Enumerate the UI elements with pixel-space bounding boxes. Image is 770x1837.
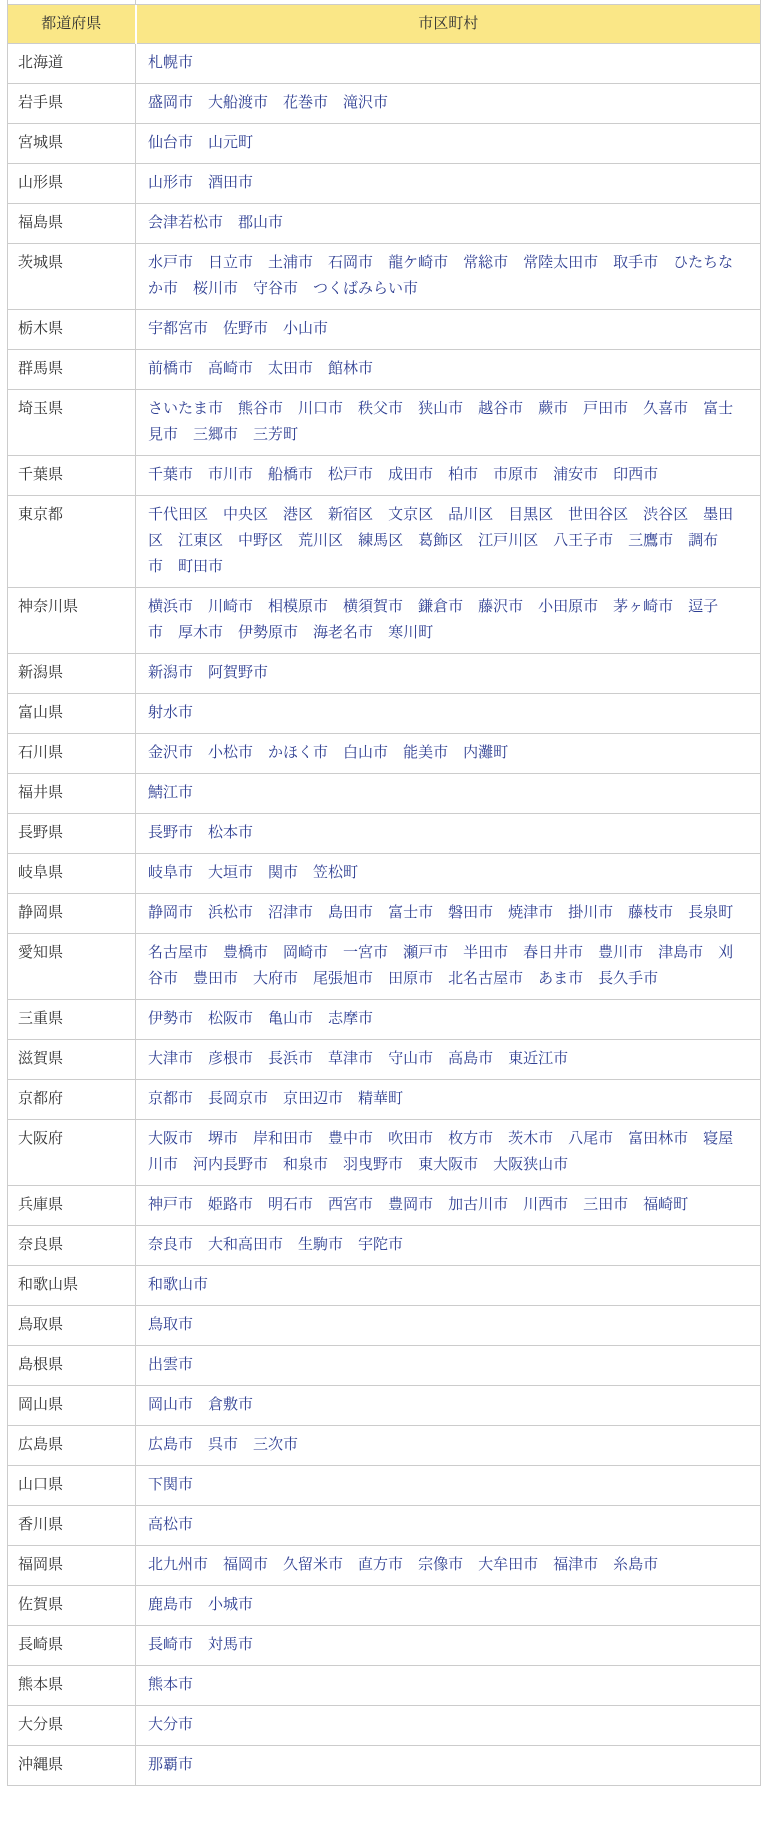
city-link[interactable]: 大和高田市 bbox=[208, 1236, 283, 1253]
city-link[interactable]: 豊川市 bbox=[598, 944, 643, 961]
prefecture-cell: 大分県 bbox=[8, 1706, 136, 1746]
cities-cell: 札幌市 bbox=[136, 44, 761, 84]
city-link[interactable]: 長岡京市 bbox=[208, 1090, 268, 1107]
cities-cell: 大分市 bbox=[136, 1706, 761, 1746]
cities-cell: 会津若松市郡山市 bbox=[136, 204, 761, 244]
city-link[interactable]: 枚方市 bbox=[448, 1130, 493, 1147]
cities-cell: 金沢市小松市かほく市白山市能美市内灘町 bbox=[136, 734, 761, 774]
city-link[interactable]: 長崎市 bbox=[148, 1636, 193, 1653]
prefecture-cell: 沖縄県 bbox=[8, 1746, 136, 1786]
city-link[interactable]: 姫路市 bbox=[208, 1196, 253, 1213]
city-link[interactable]: 東近江市 bbox=[508, 1050, 568, 1067]
city-link[interactable]: 川西市 bbox=[523, 1196, 568, 1213]
table-row: 広島県広島市呉市三次市 bbox=[8, 1426, 760, 1466]
table-row: 大分県大分市 bbox=[8, 1706, 760, 1746]
table-row: 新潟県新潟市阿賀野市 bbox=[8, 654, 760, 694]
city-link[interactable]: 掛川市 bbox=[568, 904, 613, 921]
prefecture-cell: 長野県 bbox=[8, 814, 136, 854]
city-link[interactable]: 中野区 bbox=[238, 532, 283, 549]
city-link[interactable]: 大船渡市 bbox=[208, 94, 268, 111]
cities-cell: 出雲市 bbox=[136, 1346, 761, 1386]
city-link[interactable]: 草津市 bbox=[328, 1050, 373, 1067]
prefecture-cell: 宮城県 bbox=[8, 124, 136, 164]
city-link[interactable]: 倉敷市 bbox=[208, 1396, 253, 1413]
table-row: 福島県会津若松市郡山市 bbox=[8, 204, 760, 244]
city-link[interactable]: あま市 bbox=[538, 970, 583, 987]
city-link[interactable]: 鹿島市 bbox=[148, 1596, 193, 1613]
city-link[interactable]: 亀山市 bbox=[268, 1010, 313, 1027]
cities-cell: 北九州市福岡市久留米市直方市宗像市大牟田市福津市糸島市 bbox=[136, 1546, 761, 1586]
city-link[interactable]: 相模原市 bbox=[268, 598, 328, 615]
city-link[interactable]: 対馬市 bbox=[208, 1636, 253, 1653]
table-row: 山形県山形市酒田市 bbox=[8, 164, 760, 204]
city-link[interactable]: 豊中市 bbox=[328, 1130, 373, 1147]
city-link[interactable]: 船橋市 bbox=[268, 466, 313, 483]
city-link[interactable]: かほく市 bbox=[268, 744, 328, 761]
city-link[interactable]: 海老名市 bbox=[313, 624, 373, 641]
city-link[interactable]: 熊本市 bbox=[148, 1676, 193, 1693]
city-link[interactable]: 焼津市 bbox=[508, 904, 553, 921]
city-link[interactable]: 中央区 bbox=[223, 506, 268, 523]
prefecture-cell: 石川県 bbox=[8, 734, 136, 774]
city-link[interactable]: 印西市 bbox=[613, 466, 658, 483]
city-link[interactable]: 山元町 bbox=[208, 134, 253, 151]
city-link[interactable]: 藤沢市 bbox=[478, 598, 523, 615]
city-link[interactable]: 豊田市 bbox=[193, 970, 238, 987]
cities-cell: 岐阜市大垣市関市笠松町 bbox=[136, 854, 761, 894]
city-link[interactable]: 島田市 bbox=[328, 904, 373, 921]
city-link[interactable]: 前橋市 bbox=[148, 360, 193, 377]
table-row: 石川県金沢市小松市かほく市白山市能美市内灘町 bbox=[8, 734, 760, 774]
city-link[interactable]: 太田市 bbox=[268, 360, 313, 377]
table-row: 岩手県盛岡市大船渡市花巻市滝沢市 bbox=[8, 84, 760, 124]
cities-cell: 前橋市高崎市太田市館林市 bbox=[136, 350, 761, 390]
city-link[interactable]: 京田辺市 bbox=[283, 1090, 343, 1107]
city-link[interactable]: 明石市 bbox=[268, 1196, 313, 1213]
city-link[interactable]: 羽曳野市 bbox=[343, 1156, 403, 1173]
city-link[interactable]: 東大阪市 bbox=[418, 1156, 478, 1173]
cities-cell: 千代田区中央区港区新宿区文京区品川区目黒区世田谷区渋谷区墨田区江東区中野区荒川区… bbox=[136, 496, 761, 588]
city-link[interactable]: 豊橋市 bbox=[223, 944, 268, 961]
city-link[interactable]: 岐阜市 bbox=[148, 864, 193, 881]
prefecture-city-table-wrap: 都道府県 市区町村 北海道札幌市岩手県盛岡市大船渡市花巻市滝沢市宮城県仙台市山元… bbox=[7, 0, 761, 1786]
city-link[interactable]: 浜松市 bbox=[208, 904, 253, 921]
table-row: 佐賀県鹿島市小城市 bbox=[8, 1586, 760, 1626]
table-row: 東京都千代田区中央区港区新宿区文京区品川区目黒区世田谷区渋谷区墨田区江東区中野区… bbox=[8, 496, 760, 588]
cities-cell: 新潟市阿賀野市 bbox=[136, 654, 761, 694]
city-link[interactable]: 越谷市 bbox=[478, 400, 523, 417]
prefecture-cell: 兵庫県 bbox=[8, 1186, 136, 1226]
prefecture-cell: 京都府 bbox=[8, 1080, 136, 1120]
city-link[interactable]: 葛飾区 bbox=[418, 532, 463, 549]
city-link[interactable]: 鎌倉市 bbox=[418, 598, 463, 615]
city-link[interactable]: 福津市 bbox=[553, 1556, 598, 1573]
city-link[interactable]: 厚木市 bbox=[178, 624, 223, 641]
city-link[interactable]: 名古屋市 bbox=[148, 944, 208, 961]
table-row: 富山県射水市 bbox=[8, 694, 760, 734]
city-link[interactable]: 大分市 bbox=[148, 1716, 193, 1733]
city-link[interactable]: 笠松町 bbox=[313, 864, 358, 881]
city-link[interactable]: 富田林市 bbox=[628, 1130, 688, 1147]
cities-cell: 大阪市堺市岸和田市豊中市吹田市枚方市茨木市八尾市富田林市寝屋川市河内長野市和泉市… bbox=[136, 1120, 761, 1186]
city-link[interactable]: 奈良市 bbox=[148, 1236, 193, 1253]
city-link[interactable]: 静岡市 bbox=[148, 904, 193, 921]
table-row: 福岡県北九州市福岡市久留米市直方市宗像市大牟田市福津市糸島市 bbox=[8, 1546, 760, 1586]
prefecture-city-table: 都道府県 市区町村 北海道札幌市岩手県盛岡市大船渡市花巻市滝沢市宮城県仙台市山元… bbox=[8, 5, 760, 1786]
city-link[interactable]: 鳥取市 bbox=[148, 1316, 193, 1333]
city-link[interactable]: 長野市 bbox=[148, 824, 193, 841]
city-link[interactable]: 龍ケ崎市 bbox=[388, 254, 448, 271]
city-link[interactable]: 郡山市 bbox=[238, 214, 283, 231]
cities-cell: 射水市 bbox=[136, 694, 761, 734]
city-link[interactable]: 能美市 bbox=[403, 744, 448, 761]
city-link[interactable]: 下関市 bbox=[148, 1476, 193, 1493]
city-link[interactable]: 小城市 bbox=[208, 1596, 253, 1613]
table-row: 北海道札幌市 bbox=[8, 44, 760, 84]
city-link[interactable]: 大阪市 bbox=[148, 1130, 193, 1147]
prefecture-cell: 愛知県 bbox=[8, 934, 136, 1000]
city-link[interactable]: 津島市 bbox=[658, 944, 703, 961]
city-link[interactable]: 河内長野市 bbox=[193, 1156, 268, 1173]
city-link[interactable]: 久留米市 bbox=[283, 1556, 343, 1573]
cities-cell: 那覇市 bbox=[136, 1746, 761, 1786]
city-link[interactable]: 鯖江市 bbox=[148, 784, 193, 801]
cities-cell: 鳥取市 bbox=[136, 1306, 761, 1346]
city-link[interactable]: 戸田市 bbox=[583, 400, 628, 417]
table-row: 奈良県奈良市大和高田市生駒市宇陀市 bbox=[8, 1226, 760, 1266]
previous-row-sliver bbox=[8, 0, 760, 5]
city-link[interactable]: 伊勢市 bbox=[148, 1010, 193, 1027]
cities-cell: 京都市長岡京市京田辺市精華町 bbox=[136, 1080, 761, 1120]
table-row: 鳥取県鳥取市 bbox=[8, 1306, 760, 1346]
city-link[interactable]: 狭山市 bbox=[418, 400, 463, 417]
city-link[interactable]: 文京区 bbox=[388, 506, 433, 523]
cities-cell: 広島市呉市三次市 bbox=[136, 1426, 761, 1466]
prefecture-cell: 和歌山県 bbox=[8, 1266, 136, 1306]
table-row: 島根県出雲市 bbox=[8, 1346, 760, 1386]
city-link[interactable]: 盛岡市 bbox=[148, 94, 193, 111]
city-link[interactable]: 蕨市 bbox=[538, 400, 568, 417]
table-row: 栃木県宇都宮市佐野市小山市 bbox=[8, 310, 760, 350]
prefecture-cell: 鳥取県 bbox=[8, 1306, 136, 1346]
city-link[interactable]: 土浦市 bbox=[268, 254, 313, 271]
cities-cell: 大津市彦根市長浜市草津市守山市高島市東近江市 bbox=[136, 1040, 761, 1080]
city-link[interactable]: 川口市 bbox=[298, 400, 343, 417]
table-row: 埼玉県さいたま市熊谷市川口市秩父市狭山市越谷市蕨市戸田市久喜市富士見市三郷市三芳… bbox=[8, 390, 760, 456]
city-link[interactable]: つくばみらい市 bbox=[313, 280, 418, 297]
city-link[interactable]: 札幌市 bbox=[148, 54, 193, 71]
city-link[interactable]: 品川区 bbox=[448, 506, 493, 523]
table-row: 大阪府大阪市堺市岸和田市豊中市吹田市枚方市茨木市八尾市富田林市寝屋川市河内長野市… bbox=[8, 1120, 760, 1186]
table-row: 長崎県長崎市対馬市 bbox=[8, 1626, 760, 1666]
city-link[interactable]: 金沢市 bbox=[148, 744, 193, 761]
city-link[interactable]: 内灘町 bbox=[463, 744, 508, 761]
cities-cell: 岡山市倉敷市 bbox=[136, 1386, 761, 1426]
city-link[interactable]: 那覇市 bbox=[148, 1756, 193, 1773]
city-link[interactable]: 吹田市 bbox=[388, 1130, 433, 1147]
city-link[interactable]: さいたま市 bbox=[148, 400, 223, 417]
city-link[interactable]: 松戸市 bbox=[328, 466, 373, 483]
table-row: 京都府京都市長岡京市京田辺市精華町 bbox=[8, 1080, 760, 1120]
city-link[interactable]: 白山市 bbox=[343, 744, 388, 761]
cities-cell: 下関市 bbox=[136, 1466, 761, 1506]
prefecture-cell: 群馬県 bbox=[8, 350, 136, 390]
city-link[interactable]: 日立市 bbox=[208, 254, 253, 271]
city-link[interactable]: 高松市 bbox=[148, 1516, 193, 1533]
header-row: 都道府県 市区町村 bbox=[8, 5, 760, 44]
prefecture-cell: 新潟県 bbox=[8, 654, 136, 694]
city-link[interactable]: 直方市 bbox=[358, 1556, 403, 1573]
city-link[interactable]: 町田市 bbox=[178, 558, 223, 575]
city-link[interactable]: 藤枝市 bbox=[628, 904, 673, 921]
city-link[interactable]: 小田原市 bbox=[538, 598, 598, 615]
city-link[interactable]: 宗像市 bbox=[418, 1556, 463, 1573]
city-link[interactable]: 福崎町 bbox=[643, 1196, 688, 1213]
city-link[interactable]: 秩父市 bbox=[358, 400, 403, 417]
cities-cell: 和歌山市 bbox=[136, 1266, 761, 1306]
table-row: 宮城県仙台市山元町 bbox=[8, 124, 760, 164]
prefecture-cell: 奈良県 bbox=[8, 1226, 136, 1266]
city-link[interactable]: 堺市 bbox=[208, 1130, 238, 1147]
city-link[interactable]: 福岡市 bbox=[223, 1556, 268, 1573]
prefecture-cell: 栃木県 bbox=[8, 310, 136, 350]
city-link[interactable]: 三郷市 bbox=[193, 426, 238, 443]
city-link[interactable]: 大阪狭山市 bbox=[493, 1156, 568, 1173]
city-link[interactable]: 八尾市 bbox=[568, 1130, 613, 1147]
prefecture-cell: 静岡県 bbox=[8, 894, 136, 934]
city-link[interactable]: 市原市 bbox=[493, 466, 538, 483]
city-link[interactable]: 茅ヶ崎市 bbox=[613, 598, 673, 615]
table-row: 群馬県前橋市高崎市太田市館林市 bbox=[8, 350, 760, 390]
city-link[interactable]: 常陸太田市 bbox=[523, 254, 598, 271]
city-link[interactable]: 八王子市 bbox=[553, 532, 613, 549]
city-link[interactable]: 山形市 bbox=[148, 174, 193, 191]
prefecture-cell: 岩手県 bbox=[8, 84, 136, 124]
cities-cell: 山形市酒田市 bbox=[136, 164, 761, 204]
city-link[interactable]: 一宮市 bbox=[343, 944, 388, 961]
city-link[interactable]: 和泉市 bbox=[283, 1156, 328, 1173]
city-link[interactable]: 荒川区 bbox=[298, 532, 343, 549]
cities-cell: 盛岡市大船渡市花巻市滝沢市 bbox=[136, 84, 761, 124]
cities-cell: 名古屋市豊橋市岡崎市一宮市瀬戸市半田市春日井市豊川市津島市刈谷市豊田市大府市尾張… bbox=[136, 934, 761, 1000]
table-row: 沖縄県那覇市 bbox=[8, 1746, 760, 1786]
table-header: 都道府県 市区町村 bbox=[8, 5, 760, 44]
city-link[interactable]: 射水市 bbox=[148, 704, 193, 721]
cities-cell: 仙台市山元町 bbox=[136, 124, 761, 164]
city-link[interactable]: 渋谷区 bbox=[643, 506, 688, 523]
city-link[interactable]: 小松市 bbox=[208, 744, 253, 761]
city-link[interactable]: 千代田区 bbox=[148, 506, 208, 523]
city-link[interactable]: 横浜市 bbox=[148, 598, 193, 615]
city-link[interactable]: 川崎市 bbox=[208, 598, 253, 615]
city-link[interactable]: 新宿区 bbox=[328, 506, 373, 523]
city-link[interactable]: 茨木市 bbox=[508, 1130, 553, 1147]
table-row: 福井県鯖江市 bbox=[8, 774, 760, 814]
city-link[interactable]: 市川市 bbox=[208, 466, 253, 483]
city-link[interactable]: 精華町 bbox=[358, 1090, 403, 1107]
city-link[interactable]: 呉市 bbox=[208, 1436, 238, 1453]
city-link[interactable]: 柏市 bbox=[448, 466, 478, 483]
city-link[interactable]: 大牟田市 bbox=[478, 1556, 538, 1573]
city-link[interactable]: 長久手市 bbox=[598, 970, 658, 987]
prefecture-cell: 福島県 bbox=[8, 204, 136, 244]
city-link[interactable]: 三芳町 bbox=[253, 426, 298, 443]
prefecture-cell: 大阪府 bbox=[8, 1120, 136, 1186]
table-row: 愛知県名古屋市豊橋市岡崎市一宮市瀬戸市半田市春日井市豊川市津島市刈谷市豊田市大府… bbox=[8, 934, 760, 1000]
cities-cell: 鹿島市小城市 bbox=[136, 1586, 761, 1626]
city-link[interactable]: 出雲市 bbox=[148, 1356, 193, 1373]
city-link[interactable]: 彦根市 bbox=[208, 1050, 253, 1067]
city-link[interactable]: 志摩市 bbox=[328, 1010, 373, 1027]
prefecture-cell: 熊本県 bbox=[8, 1666, 136, 1706]
prefecture-cell: 滋賀県 bbox=[8, 1040, 136, 1080]
city-link[interactable]: 豊岡市 bbox=[388, 1196, 433, 1213]
city-link[interactable]: 和歌山市 bbox=[148, 1276, 208, 1293]
prefecture-cell: 三重県 bbox=[8, 1000, 136, 1040]
city-link[interactable]: 北九州市 bbox=[148, 1556, 208, 1573]
cities-cell: 鯖江市 bbox=[136, 774, 761, 814]
prefecture-cell: 埼玉県 bbox=[8, 390, 136, 456]
city-link[interactable]: 岡崎市 bbox=[283, 944, 328, 961]
city-link[interactable]: 千葉市 bbox=[148, 466, 193, 483]
city-link[interactable]: 高崎市 bbox=[208, 360, 253, 377]
city-link[interactable]: 松本市 bbox=[208, 824, 253, 841]
city-link[interactable]: 館林市 bbox=[328, 360, 373, 377]
city-link[interactable]: 浦安市 bbox=[553, 466, 598, 483]
city-link[interactable]: 水戸市 bbox=[148, 254, 193, 271]
city-link[interactable]: 岡山市 bbox=[148, 1396, 193, 1413]
city-link[interactable]: 守谷市 bbox=[253, 280, 298, 297]
city-link[interactable]: 練馬区 bbox=[358, 532, 403, 549]
table-row: 山口県下関市 bbox=[8, 1466, 760, 1506]
city-link[interactable]: 常総市 bbox=[463, 254, 508, 271]
prefecture-cell: 山形県 bbox=[8, 164, 136, 204]
city-link[interactable]: 大津市 bbox=[148, 1050, 193, 1067]
city-link[interactable]: 江東区 bbox=[178, 532, 223, 549]
city-link[interactable]: 三次市 bbox=[253, 1436, 298, 1453]
city-link[interactable]: 松阪市 bbox=[208, 1010, 253, 1027]
city-link[interactable]: 石岡市 bbox=[328, 254, 373, 271]
city-link[interactable]: 神戸市 bbox=[148, 1196, 193, 1213]
cities-cell: 伊勢市松阪市亀山市志摩市 bbox=[136, 1000, 761, 1040]
prefecture-cell: 岐阜県 bbox=[8, 854, 136, 894]
cities-cell: 長崎市対馬市 bbox=[136, 1626, 761, 1666]
city-link[interactable]: 会津若松市 bbox=[148, 214, 223, 231]
city-link[interactable]: 三鷹市 bbox=[628, 532, 673, 549]
city-link[interactable]: 阿賀野市 bbox=[208, 664, 268, 681]
city-link[interactable]: 世田谷区 bbox=[568, 506, 628, 523]
table-row: 熊本県熊本市 bbox=[8, 1666, 760, 1706]
city-link[interactable]: 富士市 bbox=[388, 904, 433, 921]
city-link[interactable]: 守山市 bbox=[388, 1050, 433, 1067]
table-row: 千葉県千葉市市川市船橋市松戸市成田市柏市市原市浦安市印西市 bbox=[8, 456, 760, 496]
city-link[interactable]: 西宮市 bbox=[328, 1196, 373, 1213]
header-cell-prefecture: 都道府県 bbox=[8, 5, 136, 44]
prefecture-cell: 広島県 bbox=[8, 1426, 136, 1466]
city-link[interactable]: 酒田市 bbox=[208, 174, 253, 191]
city-link[interactable]: 寒川町 bbox=[388, 624, 433, 641]
city-link[interactable]: 新潟市 bbox=[148, 664, 193, 681]
cities-cell: 静岡市浜松市沼津市島田市富士市磐田市焼津市掛川市藤枝市長泉町 bbox=[136, 894, 761, 934]
city-link[interactable]: 港区 bbox=[283, 506, 313, 523]
table-row: 香川県高松市 bbox=[8, 1506, 760, 1546]
table-row: 三重県伊勢市松阪市亀山市志摩市 bbox=[8, 1000, 760, 1040]
city-link[interactable]: 仙台市 bbox=[148, 134, 193, 151]
city-link[interactable]: 久喜市 bbox=[643, 400, 688, 417]
prefecture-cell: 佐賀県 bbox=[8, 1586, 136, 1626]
city-link[interactable]: 半田市 bbox=[463, 944, 508, 961]
city-link[interactable]: 長浜市 bbox=[268, 1050, 313, 1067]
city-link[interactable]: 大垣市 bbox=[208, 864, 253, 881]
city-link[interactable]: 長泉町 bbox=[688, 904, 733, 921]
city-link[interactable]: 関市 bbox=[268, 864, 298, 881]
city-link[interactable]: 三田市 bbox=[583, 1196, 628, 1213]
city-link[interactable]: 生駒市 bbox=[298, 1236, 343, 1253]
city-link[interactable]: 広島市 bbox=[148, 1436, 193, 1453]
header-cell-municipality: 市区町村 bbox=[136, 5, 761, 44]
table-body: 北海道札幌市岩手県盛岡市大船渡市花巻市滝沢市宮城県仙台市山元町山形県山形市酒田市… bbox=[8, 44, 760, 1786]
city-link[interactable]: 佐野市 bbox=[223, 320, 268, 337]
prefecture-cell: 東京都 bbox=[8, 496, 136, 588]
city-link[interactable]: 沼津市 bbox=[268, 904, 313, 921]
city-link[interactable]: 花巻市 bbox=[283, 94, 328, 111]
city-link[interactable]: 高島市 bbox=[448, 1050, 493, 1067]
city-link[interactable]: 大府市 bbox=[253, 970, 298, 987]
page: 都道府県 市区町村 北海道札幌市岩手県盛岡市大船渡市花巻市滝沢市宮城県仙台市山元… bbox=[0, 0, 770, 1786]
prefecture-cell: 山口県 bbox=[8, 1466, 136, 1506]
city-link[interactable]: 田原市 bbox=[388, 970, 433, 987]
city-link[interactable]: 取手市 bbox=[613, 254, 658, 271]
city-link[interactable]: 京都市 bbox=[148, 1090, 193, 1107]
city-link[interactable]: 熊谷市 bbox=[238, 400, 283, 417]
city-link[interactable]: 加古川市 bbox=[448, 1196, 508, 1213]
city-link[interactable]: 横須賀市 bbox=[343, 598, 403, 615]
city-link[interactable]: 滝沢市 bbox=[343, 94, 388, 111]
prefecture-cell: 福井県 bbox=[8, 774, 136, 814]
table-row: 神奈川県横浜市川崎市相模原市横須賀市鎌倉市藤沢市小田原市茅ヶ崎市逗子市厚木市伊勢… bbox=[8, 588, 760, 654]
city-link[interactable]: 尾張旭市 bbox=[313, 970, 373, 987]
table-row: 和歌山県和歌山市 bbox=[8, 1266, 760, 1306]
city-link[interactable]: 宇陀市 bbox=[358, 1236, 403, 1253]
prefecture-cell: 茨城県 bbox=[8, 244, 136, 310]
cities-cell: 熊本市 bbox=[136, 1666, 761, 1706]
city-link[interactable]: 桜川市 bbox=[193, 280, 238, 297]
city-link[interactable]: 宇都宮市 bbox=[148, 320, 208, 337]
city-link[interactable]: 小山市 bbox=[283, 320, 328, 337]
city-link[interactable]: 目黒区 bbox=[508, 506, 553, 523]
prefecture-cell: 島根県 bbox=[8, 1346, 136, 1386]
table-row: 長野県長野市松本市 bbox=[8, 814, 760, 854]
prefecture-cell: 富山県 bbox=[8, 694, 136, 734]
cities-cell: 長野市松本市 bbox=[136, 814, 761, 854]
city-link[interactable]: 糸島市 bbox=[613, 1556, 658, 1573]
city-link[interactable]: 江戸川区 bbox=[478, 532, 538, 549]
prefecture-cell: 北海道 bbox=[8, 44, 136, 84]
city-link[interactable]: 春日井市 bbox=[523, 944, 583, 961]
table-row: 静岡県静岡市浜松市沼津市島田市富士市磐田市焼津市掛川市藤枝市長泉町 bbox=[8, 894, 760, 934]
city-link[interactable]: 北名古屋市 bbox=[448, 970, 523, 987]
table-row: 滋賀県大津市彦根市長浜市草津市守山市高島市東近江市 bbox=[8, 1040, 760, 1080]
city-link[interactable]: 伊勢原市 bbox=[238, 624, 298, 641]
city-link[interactable]: 瀬戸市 bbox=[403, 944, 448, 961]
cities-cell: さいたま市熊谷市川口市秩父市狭山市越谷市蕨市戸田市久喜市富士見市三郷市三芳町 bbox=[136, 390, 761, 456]
city-link[interactable]: 成田市 bbox=[388, 466, 433, 483]
cities-cell: 奈良市大和高田市生駒市宇陀市 bbox=[136, 1226, 761, 1266]
city-link[interactable]: 岸和田市 bbox=[253, 1130, 313, 1147]
city-link[interactable]: 磐田市 bbox=[448, 904, 493, 921]
table-row: 岡山県岡山市倉敷市 bbox=[8, 1386, 760, 1426]
prefecture-cell: 長崎県 bbox=[8, 1626, 136, 1666]
